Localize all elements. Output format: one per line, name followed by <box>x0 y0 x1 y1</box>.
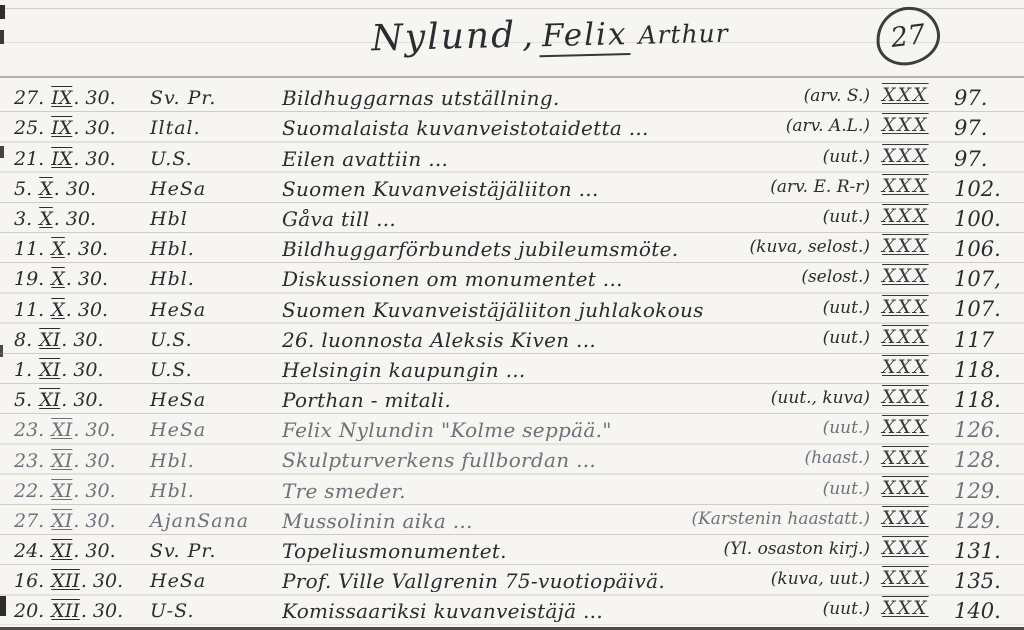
entry-date-month: XII <box>50 600 81 622</box>
entry-title: Tre smeder. <box>282 481 406 502</box>
entry-date-month: XI <box>50 510 73 532</box>
entry-title: Bildhuggarförbundets jubileumsmöte. <box>282 239 678 260</box>
rule-line <box>0 8 1024 9</box>
entry-page-number: 140. <box>946 600 1024 622</box>
entry-date-day: 8. <box>14 329 32 351</box>
entry-note: (arv. A.L.) <box>776 118 870 139</box>
entry-date: 23. XI. 30. <box>0 421 150 441</box>
card-number-badge: 27 <box>873 3 944 68</box>
entry-volume-ref: XXX <box>882 86 946 106</box>
entry-title: Gåva till ... <box>282 209 396 230</box>
entry-date-year: . 30. <box>73 510 115 532</box>
entry-date-month: X <box>38 178 54 200</box>
card-number: 27 <box>889 19 927 54</box>
entry-row: 23. XI. 30. Hbl. Skulpturverkens fullbor… <box>0 444 1024 474</box>
entry-date-year: . 30. <box>61 329 103 351</box>
entry-source-abbr: U.S. <box>150 331 282 351</box>
entry-volume-ref: XXX <box>882 358 946 378</box>
entry-volume-ref: XXX <box>882 267 946 287</box>
entry-volume-ref: XXX <box>882 509 946 529</box>
entry-date-year: . 30. <box>81 570 123 592</box>
entry-row: 11. X. 30. HeSa Suomen Kuvanveistäjäliit… <box>0 293 1024 323</box>
entry-date-month: XI <box>38 359 61 381</box>
entry-date: 24. XI. 30. <box>0 542 150 562</box>
entry-volume-ref: XXX <box>882 388 946 408</box>
entry-mid: Skulpturverkens fullbordan ... (haast.) <box>282 450 882 471</box>
entry-mid: Suomen Kuvanveistäjäliiton ... (arv. E. … <box>282 179 882 200</box>
entry-date-year: . 30. <box>73 450 115 472</box>
entry-volume-ref: XXX <box>882 539 946 559</box>
index-card: Nylund,FelixArthur 27 27. IX. 30. Sv. Pr… <box>0 0 1024 630</box>
entry-date-day: 11. <box>14 238 44 260</box>
entry-date-day: 27. <box>14 510 44 532</box>
entry-source-abbr: U.S. <box>150 150 282 170</box>
entry-title: Helsingin kaupungin ... <box>282 360 526 381</box>
entry-title: Bildhuggarnas utställning. <box>282 88 560 109</box>
entry-date-day: 11. <box>14 299 44 321</box>
entry-date-day: 16. <box>14 570 44 592</box>
entry-title: Komissaariksi kuvanveistäjä ... <box>282 601 603 622</box>
entry-mid: Gåva till ... (uut.) <box>282 209 882 230</box>
entry-page-number: 97. <box>946 148 1024 170</box>
entry-note: (uut.) <box>813 149 870 170</box>
entry-date-day: 20. <box>14 600 44 622</box>
entry-mid: Komissaariksi kuvanveistäjä ... (uut.) <box>282 601 882 622</box>
entry-row: 3. X. 30. Hbl Gåva till ... (uut.) XXX 1… <box>0 203 1024 233</box>
entry-volume-ref: XXX <box>882 328 946 348</box>
entry-note: (selost.) <box>791 269 870 290</box>
entry-source-abbr: Hbl. <box>150 452 282 472</box>
entry-date-day: 5. <box>14 389 32 411</box>
entry-source-abbr: Hbl <box>150 210 282 230</box>
entry-source-abbr: Sv. Pr. <box>150 542 282 562</box>
entry-source-abbr: HeSa <box>150 391 282 411</box>
entry-date-year: . 30. <box>81 600 123 622</box>
entry-mid: Suomen Kuvanveistäjäliiton juhlakokous (… <box>282 300 882 321</box>
entry-note: (uut.) <box>813 420 870 441</box>
entry-page-number: 126. <box>946 419 1024 441</box>
entry-mid: Bildhuggarförbundets jubileumsmöte. (kuv… <box>282 239 882 260</box>
entry-source-abbr: HeSa <box>150 301 282 321</box>
entry-volume-ref: XXX <box>882 237 946 257</box>
entry-date-year: . 30. <box>61 389 103 411</box>
entry-note <box>860 360 870 381</box>
entry-date-day: 5. <box>14 178 32 200</box>
entry-date: 22. XI. 30. <box>0 482 150 502</box>
entry-page-number: 97. <box>946 87 1024 109</box>
entry-note: (kuva, uut.) <box>761 571 870 592</box>
entry-note: (uut.) <box>813 209 870 230</box>
entry-page-number: 129. <box>946 480 1024 502</box>
entry-page-number: 97. <box>946 117 1024 139</box>
entry-page-number: 129. <box>946 510 1024 532</box>
entry-title: Prof. Ville Vallgrenin 75-vuotiopäivä. <box>282 571 665 592</box>
entry-date-day: 23. <box>14 450 44 472</box>
entry-volume-ref: XXX <box>882 449 946 469</box>
entry-row: 27. IX. 30. Sv. Pr. Bildhuggarnas utstäl… <box>0 82 1024 112</box>
card-title: Nylund,FelixArthur <box>290 8 811 62</box>
entry-date: 11. X. 30. <box>0 301 150 321</box>
entry-title: Mussolinin aika ... <box>282 511 473 532</box>
entry-source-abbr: Hbl. <box>150 270 282 290</box>
entry-volume-ref: XXX <box>882 479 946 499</box>
entries: 27. IX. 30. Sv. Pr. Bildhuggarnas utstäl… <box>0 82 1024 625</box>
entry-volume-ref: XXX <box>882 177 946 197</box>
entry-page-number: 107. <box>946 298 1024 320</box>
entry-date-year: . 30. <box>73 148 115 170</box>
entry-note: (arv. E. R-r) <box>760 179 870 200</box>
entry-row: 23. XI. 30. HeSa Felix Nylundin "Kolme s… <box>0 414 1024 444</box>
entry-volume-ref: XXX <box>882 147 946 167</box>
entry-mid: Felix Nylundin "Kolme seppää." (uut.) <box>282 420 882 441</box>
entry-date: 20. XII. 30. <box>0 602 150 622</box>
entry-volume-ref: XXX <box>882 298 946 318</box>
entry-source-abbr: HeSa <box>150 572 282 592</box>
entry-title: Suomen Kuvanveistäjäliiton juhlakokous <box>282 300 704 321</box>
entry-page-number: 100. <box>946 208 1024 230</box>
entry-mid: Mussolinin aika ... (Karstenin haastatt.… <box>282 511 882 532</box>
entry-date-year: . 30. <box>61 359 103 381</box>
entry-date-year: . 30. <box>66 268 108 290</box>
entry-row: 21. IX. 30. U.S. Eilen avattiin ... (uut… <box>0 142 1024 172</box>
entry-date-day: 19. <box>14 268 44 290</box>
entry-source-abbr: Hbl. <box>150 482 282 502</box>
scan-artifact <box>0 5 5 19</box>
entry-date-month: XI <box>50 480 73 502</box>
entry-page-number: 117 <box>946 329 1024 351</box>
entry-mid: Topeliusmonumentet. (Yl. osaston kirj.) <box>282 541 882 562</box>
entry-title: Porthan - mitali. <box>282 390 451 411</box>
entry-note: (uut.) <box>813 481 870 502</box>
entry-mid: Bildhuggarnas utställning. (arv. S.) <box>282 88 882 109</box>
entry-mid: Helsingin kaupungin ... <box>282 360 882 381</box>
entry-date-year: . 30. <box>73 540 115 562</box>
entry-volume-ref: XXX <box>882 116 946 136</box>
entry-volume-ref: XXX <box>882 207 946 227</box>
entry-note: (arv. S.) <box>794 88 870 109</box>
header-separator-line <box>0 76 1024 78</box>
entry-date: 5. X. 30. <box>0 180 150 200</box>
entry-source-abbr: AjanSana <box>150 512 282 532</box>
entry-source-abbr: HeSa <box>150 180 282 200</box>
entry-source-abbr: HeSa <box>150 421 282 441</box>
entry-page-number: 131. <box>946 540 1024 562</box>
entry-note: (uut., kuva) <box>761 390 870 411</box>
entry-date-day: 22. <box>14 480 44 502</box>
entry-row: 25. IX. 30. Iltal. Suomalaista kuvanveis… <box>0 112 1024 142</box>
entry-mid: Prof. Ville Vallgrenin 75-vuotiopäivä. (… <box>282 571 882 592</box>
entry-row: 22. XI. 30. Hbl. Tre smeder. (uut.) XXX … <box>0 474 1024 504</box>
entry-date-month: X <box>38 208 54 230</box>
entry-source-abbr: Hbl. <box>150 240 282 260</box>
entry-row: 8. XI. 30. U.S. 26. luonnosta Aleksis Ki… <box>0 324 1024 354</box>
entry-title: Topeliusmonumentet. <box>282 541 507 562</box>
entry-page-number: 128. <box>946 449 1024 471</box>
entry-title: Suomen Kuvanveistäjäliiton ... <box>282 179 599 200</box>
entry-date-year: . 30. <box>66 299 108 321</box>
entry-row: 1. XI. 30. U.S. Helsingin kaupungin ... … <box>0 354 1024 384</box>
middle-name: Arthur <box>630 19 729 50</box>
entry-date-day: 3. <box>14 208 32 230</box>
entry-page-number: 106. <box>946 238 1024 260</box>
entry-mid: Suomalaista kuvanveistotaidetta ... (arv… <box>282 118 882 139</box>
entry-date-month: IX <box>50 148 73 170</box>
entry-date: 8. XI. 30. <box>0 331 150 351</box>
entry-volume-ref: XXX <box>882 599 946 619</box>
entry-date-day: 27. <box>14 87 44 109</box>
entry-note: (uut.) <box>813 601 870 622</box>
entry-date-year: . 30. <box>73 117 115 139</box>
entry-row: 24. XI. 30. Sv. Pr. Topeliusmonumentet. … <box>0 535 1024 565</box>
entry-date: 25. IX. 30. <box>0 119 150 139</box>
entry-source-abbr: U.S. <box>150 361 282 381</box>
entry-mid: Tre smeder. (uut.) <box>282 481 882 502</box>
entry-date: 21. IX. 30. <box>0 150 150 170</box>
entry-date-year: . 30. <box>73 419 115 441</box>
entry-note: (kuva, selost.) <box>740 239 870 260</box>
entry-date: 1. XI. 30. <box>0 361 150 381</box>
entry-date-day: 1. <box>14 359 32 381</box>
entry-date-year: . 30. <box>54 178 96 200</box>
entry-title: 26. luonnosta Aleksis Kiven ... <box>282 330 596 351</box>
entry-title: Felix Nylundin "Kolme seppää." <box>282 420 612 441</box>
entry-date: 11. X. 30. <box>0 240 150 260</box>
entry-page-number: 135. <box>946 570 1024 592</box>
entry-date-year: . 30. <box>73 87 115 109</box>
entry-page-number: 118. <box>946 359 1024 381</box>
entry-date-year: . 30. <box>66 238 108 260</box>
entry-date-day: 21. <box>14 148 44 170</box>
entry-date: 27. XI. 30. <box>0 512 150 532</box>
entry-date-month: XII <box>50 570 81 592</box>
surname: Nylund <box>371 15 517 60</box>
scan-artifact <box>0 30 4 44</box>
entry-volume-ref: XXX <box>882 569 946 589</box>
first-name: Felix <box>539 16 631 57</box>
entry-row: 5. XI. 30. HeSa Porthan - mitali. (uut.,… <box>0 384 1024 414</box>
entry-date-year: . 30. <box>73 480 115 502</box>
entry-note: (haast.) <box>795 450 870 471</box>
entry-row: 20. XII. 30. U-S. Komissaariksi kuvanvei… <box>0 595 1024 625</box>
entry-page-number: 107, <box>946 268 1024 290</box>
entry-date-month: X <box>50 299 66 321</box>
entry-source-abbr: Iltal. <box>150 119 282 139</box>
entry-date: 5. XI. 30. <box>0 391 150 411</box>
entry-title: Diskussionen om monumentet ... <box>282 269 623 290</box>
entry-page-number: 118. <box>946 389 1024 411</box>
entry-note: (uut.) <box>813 330 870 351</box>
entry-date-month: IX <box>50 87 73 109</box>
entry-date-day: 25. <box>14 117 44 139</box>
entry-date: 27. IX. 30. <box>0 89 150 109</box>
entry-date: 3. X. 30. <box>0 210 150 230</box>
entry-row: 16. XII. 30. HeSa Prof. Ville Vallgrenin… <box>0 565 1024 595</box>
entry-note: (uut.) <box>813 300 870 321</box>
entry-row: 5. X. 30. HeSa Suomen Kuvanveistäjäliito… <box>0 173 1024 203</box>
entry-date-month: XI <box>38 329 61 351</box>
entry-mid: Porthan - mitali. (uut., kuva) <box>282 390 882 411</box>
entry-date-month: XI <box>38 389 61 411</box>
entry-date-month: X <box>50 238 66 260</box>
entry-note: (Yl. osaston kirj.) <box>713 541 870 562</box>
entry-title: Eilen avattiin ... <box>282 149 448 170</box>
entry-source-abbr: Sv. Pr. <box>150 89 282 109</box>
entry-date: 23. XI. 30. <box>0 452 150 472</box>
entry-source-abbr: U-S. <box>150 602 282 622</box>
entry-date-month: XI <box>50 450 73 472</box>
entry-date-month: X <box>50 268 66 290</box>
entry-mid: Eilen avattiin ... (uut.) <box>282 149 882 170</box>
entry-date-day: 23. <box>14 419 44 441</box>
entry-date-month: XI <box>50 419 73 441</box>
entry-date-month: IX <box>50 117 73 139</box>
entry-row: 11. X. 30. Hbl. Bildhuggarförbundets jub… <box>0 233 1024 263</box>
entry-row: 19. X. 30. Hbl. Diskussionen om monument… <box>0 263 1024 293</box>
entry-row: 27. XI. 30. AjanSana Mussolinin aika ...… <box>0 505 1024 535</box>
comma: , <box>516 15 540 56</box>
entry-date-year: . 30. <box>54 208 96 230</box>
entry-title: Suomalaista kuvanveistotaidetta ... <box>282 118 649 139</box>
entry-mid: Diskussionen om monumentet ... (selost.) <box>282 269 882 290</box>
entry-date-day: 24. <box>14 540 44 562</box>
entry-date-month: XI <box>50 540 73 562</box>
entry-date: 16. XII. 30. <box>0 572 150 592</box>
entry-page-number: 102. <box>946 178 1024 200</box>
entry-mid: 26. luonnosta Aleksis Kiven ... (uut.) <box>282 330 882 351</box>
entry-note: (Karstenin haastatt.) <box>681 511 870 532</box>
entry-title: Skulpturverkens fullbordan ... <box>282 450 596 471</box>
entry-volume-ref: XXX <box>882 418 946 438</box>
entry-date: 19. X. 30. <box>0 270 150 290</box>
